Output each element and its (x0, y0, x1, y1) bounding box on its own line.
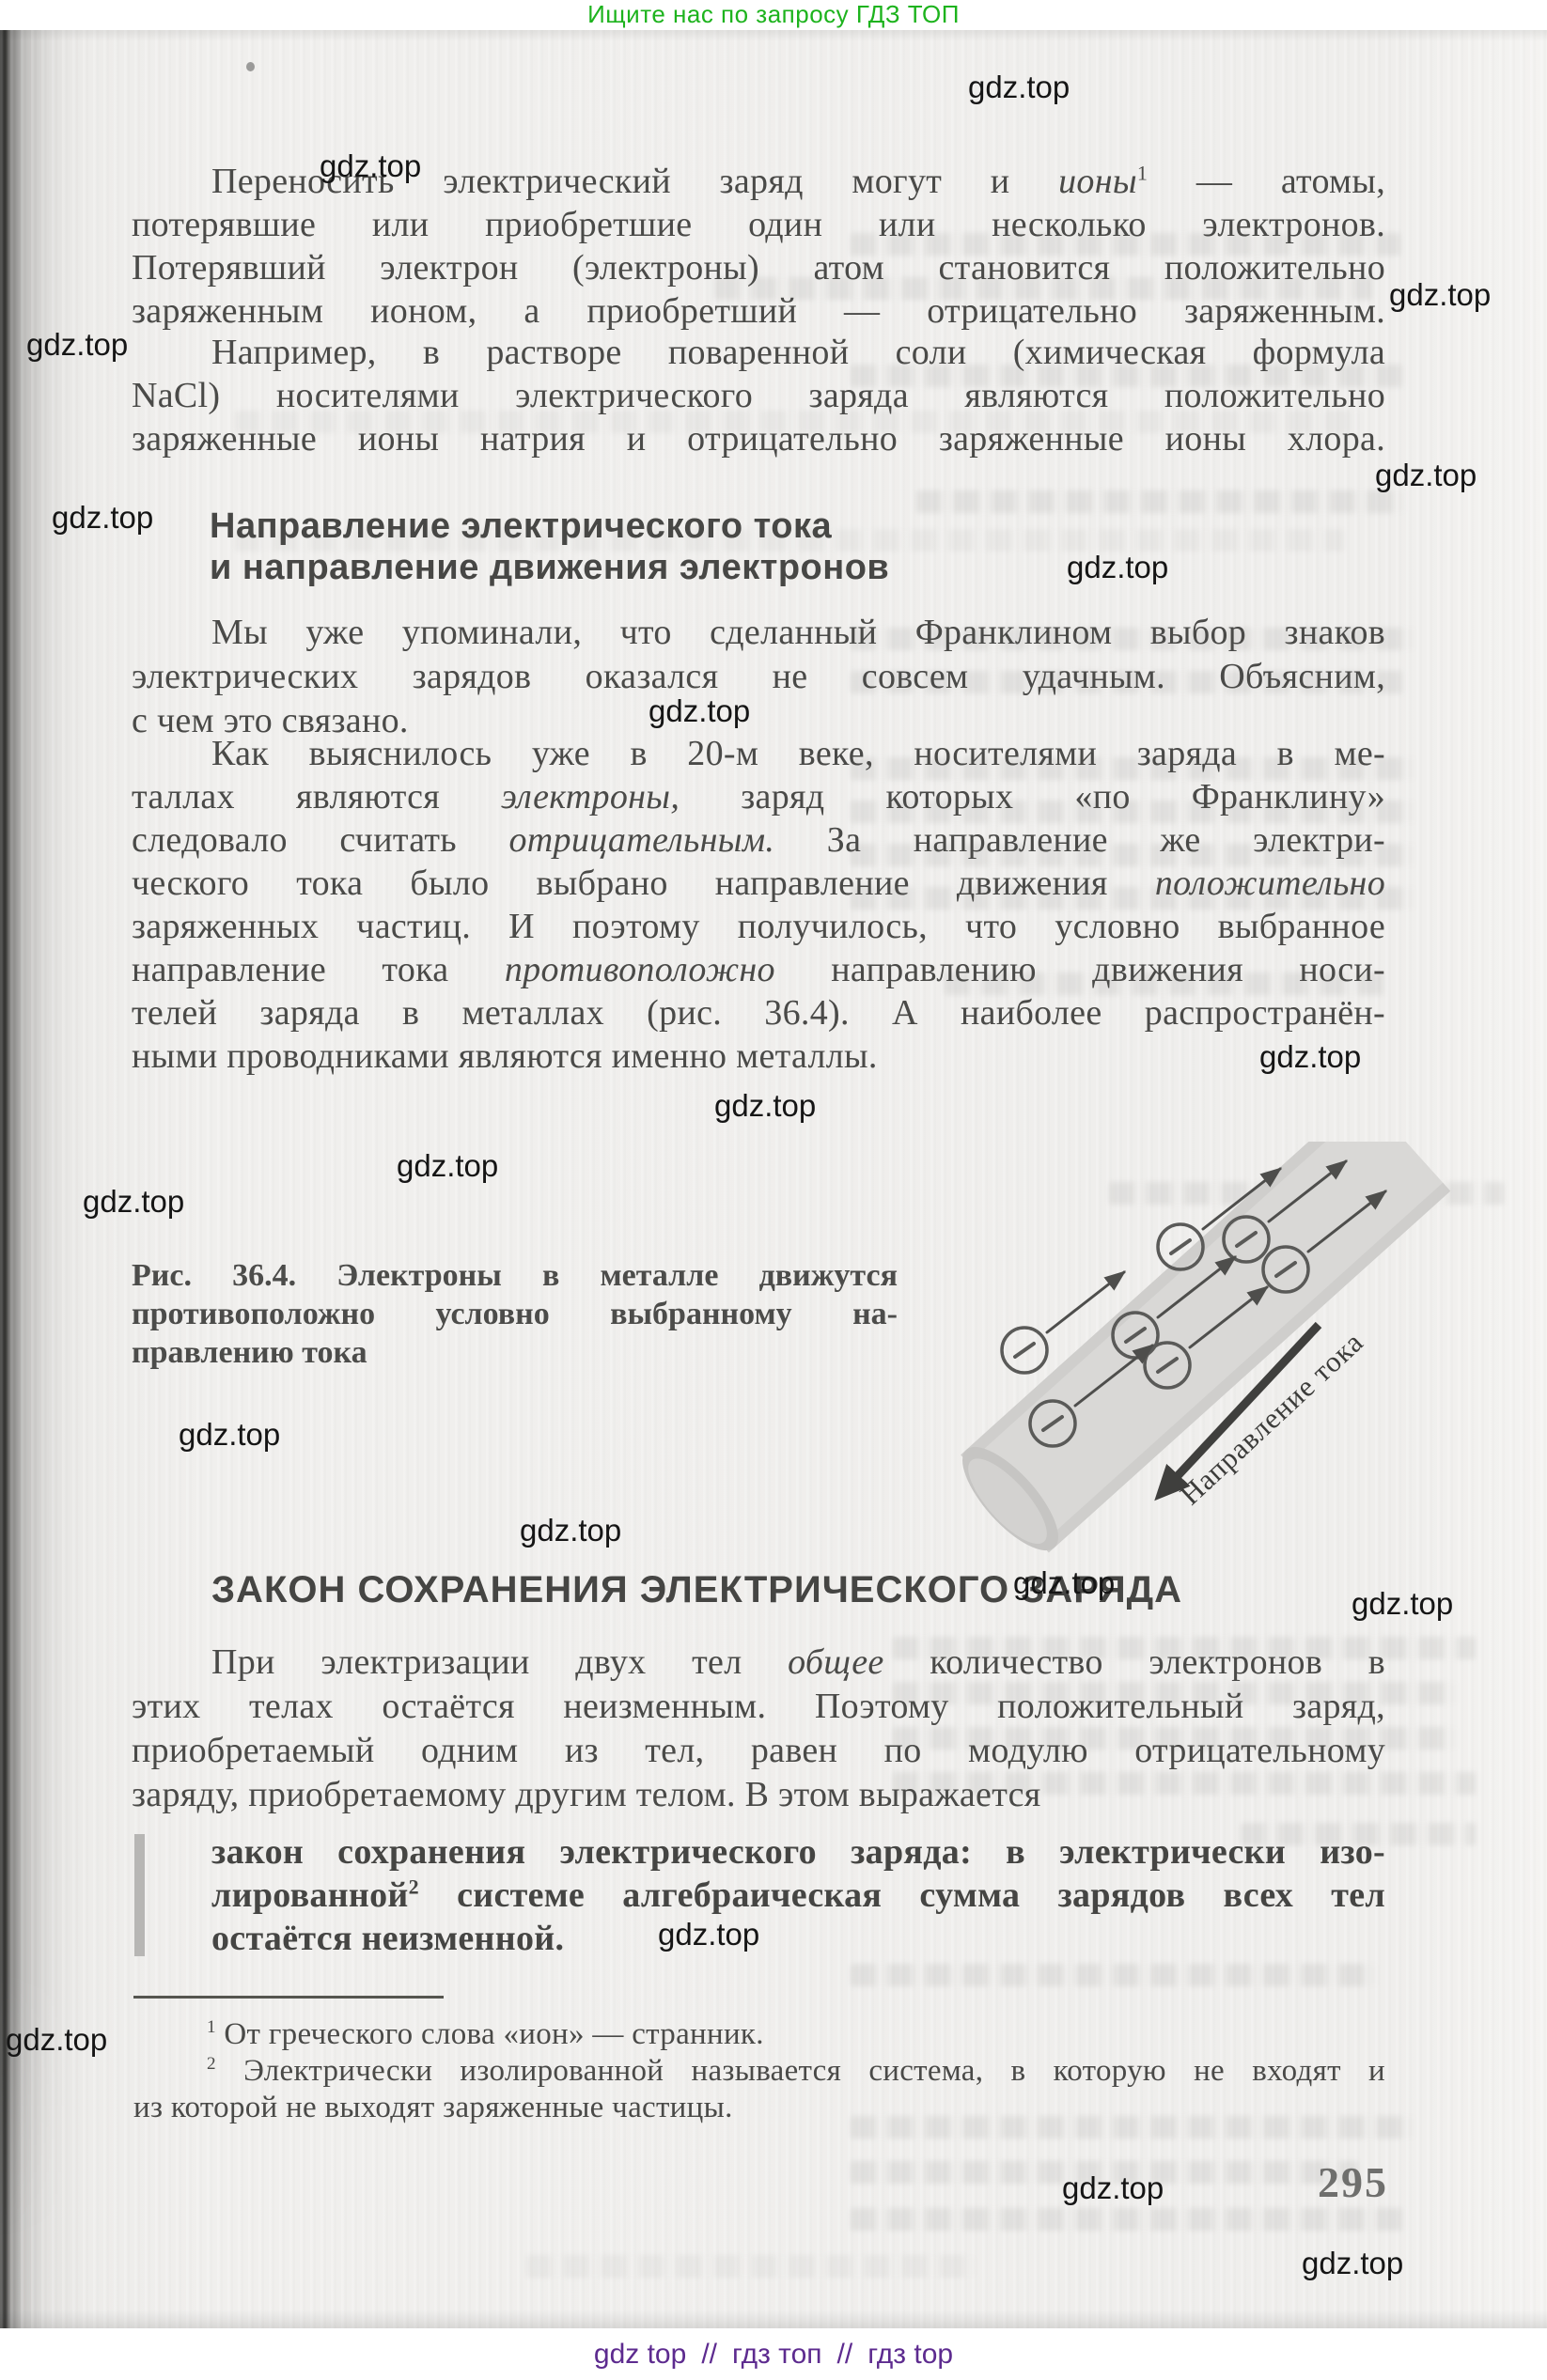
paragraph-ions: Переносить электрический заряд могут и и… (132, 160, 1385, 333)
page-bottom-edge (0, 2310, 1547, 2328)
text-line: приобретаемый одним из тел, равен по мод… (132, 1729, 1385, 1773)
watermark: gdz.top (6, 2022, 107, 2058)
watermark: gdz.top (1259, 1039, 1361, 1075)
text-line: Потерявший электрон (электроны) атом ста… (132, 246, 1385, 289)
text-line: таллах являются электроны, заряд которых… (132, 775, 1385, 818)
heading-line: и направление движения электронов (210, 547, 889, 588)
footnotes: 1 От греческого слова «ион» — странник.2… (133, 2016, 1385, 2126)
bleed-through (851, 2208, 1405, 2231)
text-line: заряженных частиц. И поэтому получилось,… (132, 905, 1385, 948)
text-line: этих телах остаётся неизменным. Поэтому … (132, 1685, 1385, 1729)
law-line: закон сохранения электрического заряда: … (211, 1830, 1385, 1874)
bleed-through (851, 1964, 1377, 1986)
bleed-through (916, 490, 1405, 513)
watermark: gdz.top (1375, 458, 1477, 493)
law-line: лированной2 системе алгебраическая сумма… (211, 1874, 1385, 1917)
paragraph-electrization: При электризации двух тел общее количест… (132, 1641, 1385, 1817)
paragraph-franklin-choice: Мы уже упоминали, что сделанный Франклин… (132, 611, 1385, 743)
watermark: gdz.top (658, 1917, 759, 1952)
footnote-line: из которой не выходят заряженные частицы… (133, 2090, 1385, 2126)
caption-line: Рис. 36.4. Электроны в металле движутся (132, 1256, 898, 1295)
watermark: gdz.top (1302, 2246, 1403, 2281)
watermark: gdz.top (648, 693, 750, 729)
text-line: потерявшие или приобретшие один или неск… (132, 203, 1385, 246)
text-line: Например, в растворе поваренной соли (хи… (132, 331, 1385, 374)
watermark: gdz.top (83, 1184, 184, 1220)
caption-line: противоположно условно выбранному на- (132, 1295, 898, 1333)
watermark: gdz.top (26, 327, 128, 363)
scan-speck (246, 62, 255, 71)
top-banner: Ищите нас по запросу ГДЗ ТОП (0, 0, 1547, 30)
footer-separator: // (701, 2339, 717, 2371)
watermark: gdz.top (320, 148, 421, 184)
text-line: электрических зарядов оказался не совсем… (132, 655, 1385, 699)
watermark: gdz.top (179, 1417, 280, 1453)
watermark: gdz.top (968, 70, 1070, 105)
watermark: gdz.top (520, 1513, 621, 1548)
watermark: gdz.top (1067, 550, 1168, 585)
watermark: gdz.top (714, 1088, 816, 1124)
law-statement: закон сохранения электрического заряда: … (211, 1830, 1385, 1960)
text-line: Как выяснилось уже в 20-м веке, носителя… (132, 732, 1385, 775)
figure-36-4: Направление тока (902, 1142, 1547, 1630)
bleed-through (526, 2255, 977, 2278)
watermark: gdz.top (397, 1148, 498, 1184)
paragraph-nacl-example: Например, в растворе поваренной соли (хи… (132, 331, 1385, 460)
watermark: gdz.top (1062, 2170, 1164, 2206)
text-line: NaCl) носителями электрического заряда я… (132, 374, 1385, 417)
text-line: Мы уже упоминали, что сделанный Франклин… (132, 611, 1385, 655)
text-line: направление тока противоположно направле… (132, 948, 1385, 991)
watermark: gdz.top (1352, 1586, 1453, 1622)
footnote-line: 2 Электрически изолированной называется … (133, 2053, 1385, 2090)
law-highlight-bar (134, 1834, 145, 1956)
text-line: следовало считать отрицательным. За напр… (132, 818, 1385, 862)
banner-link[interactable]: Ищите нас по запросу ГДЗ ТОП (587, 0, 960, 28)
heading-line: Направление электрического тока (210, 506, 889, 547)
text-line: заряженным ионом, а приобретший — отрица… (132, 289, 1385, 333)
footnote-line: 1 От греческого слова «ион» — странник. (133, 2016, 1385, 2053)
text-line: ными проводниками являются именно металл… (132, 1034, 1385, 1078)
page-top-edge (0, 30, 1547, 41)
text-line: телей заряда в металлах (рис. 36.4). А н… (132, 991, 1385, 1034)
figure-caption: Рис. 36.4. Электроны в металле движутсяп… (132, 1256, 898, 1372)
footnote-rule (133, 1996, 444, 1999)
section-heading-current-direction: Направление электрического токаи направл… (210, 506, 889, 588)
page-number: 295 (1318, 2157, 1388, 2207)
footer-link-gdz-top-2[interactable]: гдз топ (732, 2339, 822, 2371)
watermark: gdz.top (1013, 1565, 1115, 1601)
caption-line: правлению тока (132, 1333, 898, 1372)
text-line: заряженные ионы натрия и отрицательно за… (132, 417, 1385, 460)
paragraph-electrons-in-metals: Как выяснилось уже в 20-м веке, носителя… (132, 732, 1385, 1078)
footer-links-bar: gdz top // гдз топ // гдз top (0, 2328, 1547, 2380)
watermark: gdz.top (1389, 277, 1491, 313)
footer-separator: // (837, 2339, 853, 2371)
text-line: заряду, приобретаемому другим телом. В э… (132, 1773, 1385, 1817)
law-line: остаётся неизменной. (211, 1917, 1385, 1960)
watermark: gdz.top (52, 500, 153, 536)
footer-link-gdz-top-1[interactable]: gdz top (594, 2339, 686, 2371)
text-line: ческого тока было выбрано направление дв… (132, 862, 1385, 905)
footer-link-gdz-top-3[interactable]: гдз top (867, 2339, 953, 2371)
text-line: При электризации двух тел общее количест… (132, 1641, 1385, 1685)
